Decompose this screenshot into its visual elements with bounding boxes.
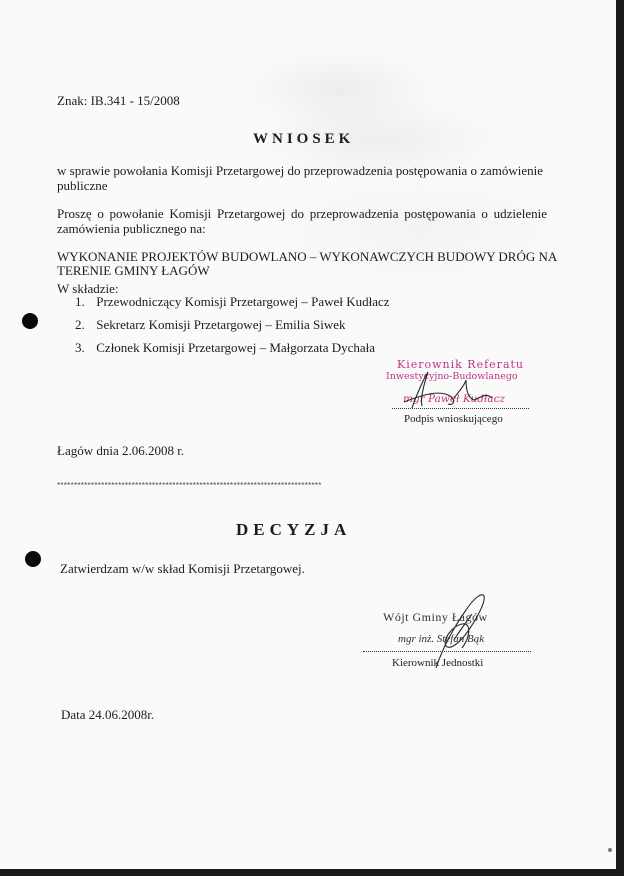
scanned-document-page: Znak: IB.341 - 15/2008 WNIOSEK w sprawie…: [0, 0, 616, 869]
punch-hole-icon: [22, 313, 38, 329]
member-number: 2.: [75, 317, 93, 332]
place-date: Łagów dnia 2.06.2008 r.: [57, 443, 184, 458]
handwritten-signature-icon: [394, 368, 504, 410]
member-text: Sekretarz Komisji Przetargowej – Emilia …: [96, 317, 345, 332]
document-reference: Znak: IB.341 - 15/2008: [57, 93, 180, 108]
committee-member: 2. Sekretarz Komisji Przetargowej – Emil…: [75, 317, 345, 332]
member-text: Przewodniczący Komisji Przetargowej – Pa…: [96, 294, 389, 309]
request-text: Proszę o powołanie Komisji Przetargowej …: [57, 206, 547, 236]
request-subject: w sprawie powołania Komisji Przetargowej…: [57, 163, 547, 193]
signature-label: Podpis wnioskującego: [404, 413, 503, 425]
request-title: WNIOSEK: [253, 131, 354, 148]
decision-title: DECYZJA: [236, 520, 351, 540]
member-number: 3.: [75, 340, 93, 355]
committee-member: 3. Członek Komisji Przetargowej – Małgor…: [75, 340, 375, 355]
section-separator: ****************************************…: [57, 481, 322, 490]
project-title: WYKONANIE PROJEKTÓW BUDOWLANO – WYKONAWC…: [57, 250, 557, 278]
signature-line: [363, 651, 531, 652]
signature-label: Kierownik Jednostki: [392, 657, 483, 669]
member-number: 1.: [75, 294, 93, 309]
approval-text: Zatwierdzam w/w skład Komisji Przetargow…: [60, 561, 305, 576]
committee-member: 1. Przewodniczący Komisji Przetargowej –…: [75, 294, 390, 309]
punch-hole-icon: [25, 551, 41, 567]
scan-speck: [608, 848, 612, 852]
signature-line: [392, 408, 529, 409]
decision-date: Data 24.06.2008r.: [61, 707, 154, 722]
member-text: Członek Komisji Przetargowej – Małgorzat…: [96, 340, 375, 355]
